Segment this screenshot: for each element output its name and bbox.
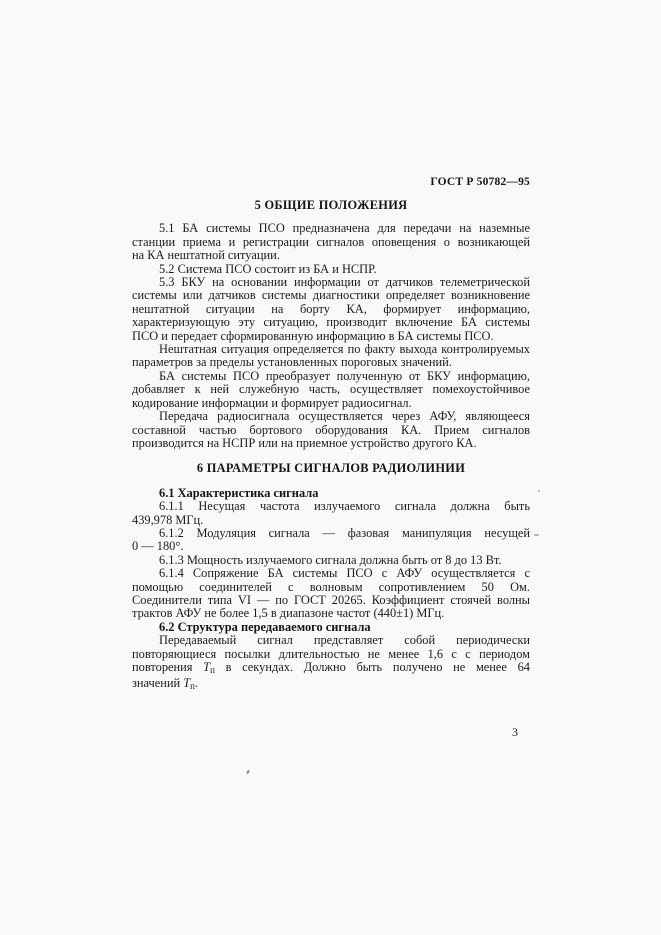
- document-reference-header: ГОСТ Р 50782—95: [132, 176, 530, 188]
- paragraph: 6.1.3 Мощность излучаемого сигнала должн…: [132, 554, 530, 567]
- paragraph: 6.1.1 Несущая частота излучаемого сигнал…: [132, 500, 530, 527]
- paragraph-line: 6.1.2 Модуляция сигнала — фазовая манипу…: [132, 527, 530, 540]
- paragraph-line: Нештатная ситуация определяется по факту…: [132, 343, 530, 356]
- text-segment: повторения: [132, 660, 203, 674]
- paragraph-line: станции приема и регистрации сигналов оп…: [132, 236, 530, 249]
- scan-artifact: [246, 770, 250, 774]
- paragraph-line: нештатной ситуации на борту КА, формируе…: [132, 303, 530, 316]
- paragraph-line: значений Тп.: [132, 677, 530, 693]
- text-segment: в секундах. Должно быть получено не мене…: [215, 660, 530, 674]
- page-number: 3: [132, 725, 518, 740]
- paragraph-line: помощью соединителей с волновым сопротив…: [132, 581, 530, 594]
- paragraph-line: 6.1.4 Сопряжение БА системы ПСО с АФУ ос…: [132, 567, 530, 580]
- paragraph: Передача радиосигнала осуществляется чер…: [132, 410, 530, 450]
- subsection-heading: 6.2 Структура передаваемого сигнала: [132, 621, 530, 634]
- paragraph-line: 5.1 БА системы ПСО предназначена для пер…: [132, 222, 530, 235]
- paragraph-line: системы или датчиков системы диагностики…: [132, 289, 530, 302]
- paragraph-line: производится на НСПР или на приемное уст…: [132, 437, 530, 450]
- section-heading: 5 ОБЩИЕ ПОЛОЖЕНИЯ: [132, 199, 530, 212]
- paragraph: 5.3 БКУ на основании информации от датчи…: [132, 276, 530, 343]
- paragraph-line: Передача радиосигнала осуществляется чер…: [132, 410, 530, 423]
- paragraph-line: Соединители типа VI — по ГОСТ 20265. Коэ…: [132, 594, 530, 607]
- paragraph-line: 439,978 МГц.: [132, 514, 530, 527]
- paragraph-line: на КА нештатной ситуации.: [132, 249, 530, 262]
- paragraph-line: трактов АФУ не более 1,5 в диапазоне час…: [132, 607, 530, 620]
- document-page: ГОСТ Р 50782—95 5 ОБЩИЕ ПОЛОЖЕНИЯ5.1 БА …: [0, 0, 661, 935]
- paragraph-line: Передаваемый сигнал представляет собой п…: [132, 634, 530, 647]
- paragraph: 6.1.4 Сопряжение БА системы ПСО с АФУ ос…: [132, 567, 530, 621]
- paragraph-line: 0 — 180°.: [132, 540, 530, 553]
- paragraph-line: повторяющиеся посылки длительностью не м…: [132, 648, 530, 661]
- text-segment: значений: [132, 676, 183, 690]
- paragraph: БА системы ПСО преобразует полученную от…: [132, 370, 530, 410]
- scan-artifact: [538, 490, 540, 492]
- subsection-heading: 6.1 Характеристика сигнала: [132, 487, 530, 500]
- paragraph-line: повторения Тп в секундах. Должно быть по…: [132, 661, 530, 677]
- paragraph: 5.2 Система ПСО состоит из БА и НСПР.: [132, 263, 530, 276]
- paragraph-line: БА системы ПСО преобразует полученную от…: [132, 370, 530, 383]
- text-segment: .: [195, 676, 198, 690]
- paragraph-line: характеризующую эту ситуацию, производит…: [132, 316, 530, 329]
- paragraph-line: кодирование информации и формирует радио…: [132, 397, 530, 410]
- paragraph-line: 5.2 Система ПСО состоит из БА и НСПР.: [132, 263, 530, 276]
- content-column: 5 ОБЩИЕ ПОЛОЖЕНИЯ5.1 БА системы ПСО пред…: [132, 199, 530, 694]
- scan-artifact: [534, 534, 539, 536]
- paragraph: 5.1 БА системы ПСО предназначена для пер…: [132, 222, 530, 262]
- paragraph: 6.1.2 Модуляция сигнала — фазовая манипу…: [132, 527, 530, 554]
- paragraph: Нештатная ситуация определяется по факту…: [132, 343, 530, 370]
- paragraph-line: 5.3 БКУ на основании информации от датчи…: [132, 276, 530, 289]
- paragraph-line: составной частью бортового оборудования …: [132, 424, 530, 437]
- paragraph-line: 6.1.3 Мощность излучаемого сигнала должн…: [132, 554, 530, 567]
- paragraph-line: добавляет к ней служебную часть, осущест…: [132, 383, 530, 396]
- paragraph: Передаваемый сигнал представляет собой п…: [132, 634, 530, 694]
- paragraph-line: ПСО и передает сформированную информацию…: [132, 330, 530, 343]
- section-heading: 6 ПАРАМЕТРЫ СИГНАЛОВ РАДИОЛИНИИ: [132, 462, 530, 475]
- paragraph-line: параметров за пределы установленных поро…: [132, 356, 530, 369]
- paragraph-line: 6.1.1 Несущая частота излучаемого сигнал…: [132, 500, 530, 513]
